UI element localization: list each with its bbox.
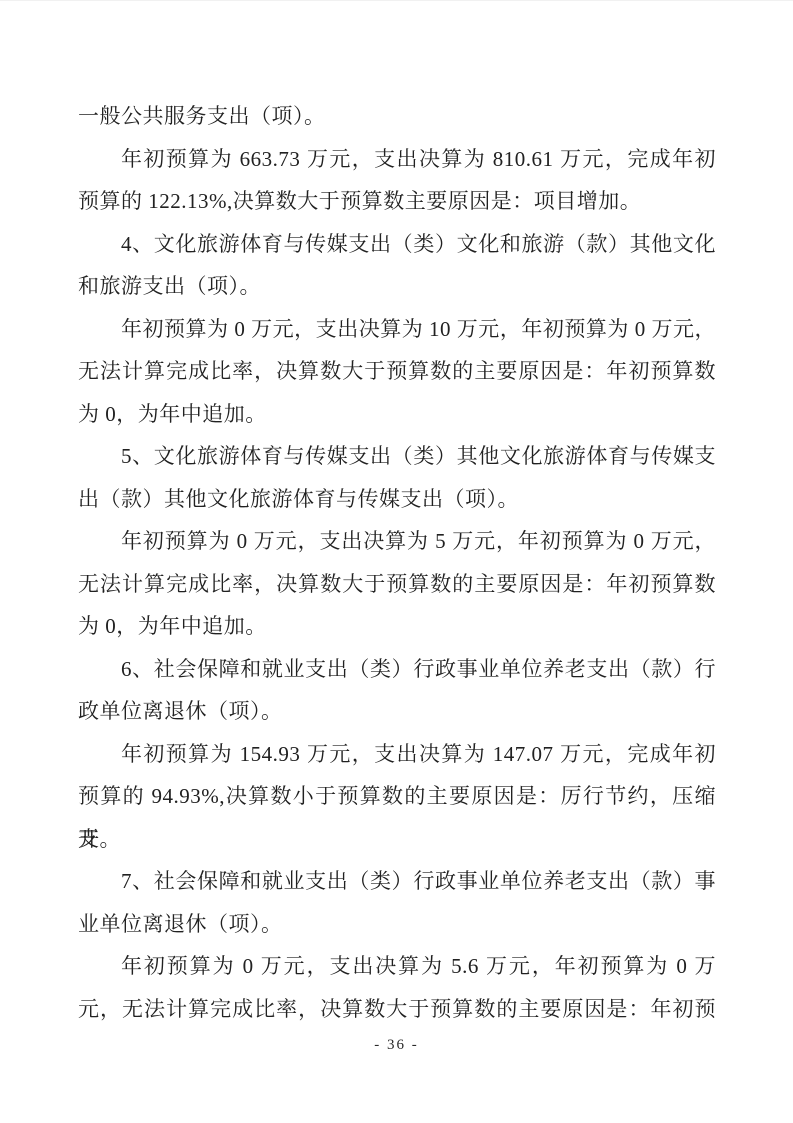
document-body: 一般公共服务支出（项）。年初预算为 663.73 万元，支出决算为 810.61… <box>78 95 716 1030</box>
text-line: 7、社会保障和就业支出（类）行政事业单位养老支出（款）事 <box>78 860 716 903</box>
text-line: 年初预算为 0 万元，支出决算为 5 万元，年初预算为 0 万元， <box>78 520 716 563</box>
text-line: 预算的 122.13%,决算数大于预算数主要原因是：项目增加。 <box>78 180 716 223</box>
document-page: 一般公共服务支出（项）。年初预算为 663.73 万元，支出决算为 810.61… <box>0 0 793 1123</box>
text-line: 出（款）其他文化旅游体育与传媒支出（项）。 <box>78 478 716 521</box>
text-line: 无法计算完成比率，决算数大于预算数的主要原因是：年初预算数 <box>78 350 716 393</box>
text-line: 一般公共服务支出（项）。 <box>78 95 716 138</box>
text-line: 为 0，为年中追加。 <box>78 605 716 648</box>
text-line: 预算的 94.93%,决算数小于预算数的主要原因是：厉行节约，压缩开 <box>78 775 716 818</box>
text-line: 业单位离退休（项）。 <box>78 903 716 946</box>
text-line: 4、文化旅游体育与传媒支出（类）文化和旅游（款）其他文化 <box>78 223 716 266</box>
text-line: 年初预算为 0 万元，支出决算为 5.6 万元，年初预算为 0 万 <box>78 945 716 988</box>
text-line: 和旅游支出（项）。 <box>78 265 716 308</box>
text-line: 无法计算完成比率，决算数大于预算数的主要原因是：年初预算数 <box>78 563 716 606</box>
text-line: 年初预算为 154.93 万元，支出决算为 147.07 万元，完成年初 <box>78 733 716 776</box>
text-line: 元，无法计算完成比率，决算数大于预算数的主要原因是：年初预 <box>78 988 716 1031</box>
text-line: 政单位离退休（项）。 <box>78 690 716 733</box>
text-line: 为 0，为年中追加。 <box>78 393 716 436</box>
page-number: - 36 - <box>0 1037 793 1054</box>
text-line: 5、文化旅游体育与传媒支出（类）其他文化旅游体育与传媒支 <box>78 435 716 478</box>
text-line: 6、社会保障和就业支出（类）行政事业单位养老支出（款）行 <box>78 648 716 691</box>
text-line: 年初预算为 0 万元，支出决算为 10 万元，年初预算为 0 万元， <box>78 308 716 351</box>
text-line: 支。 <box>78 818 716 861</box>
text-line: 年初预算为 663.73 万元，支出决算为 810.61 万元，完成年初 <box>78 138 716 181</box>
